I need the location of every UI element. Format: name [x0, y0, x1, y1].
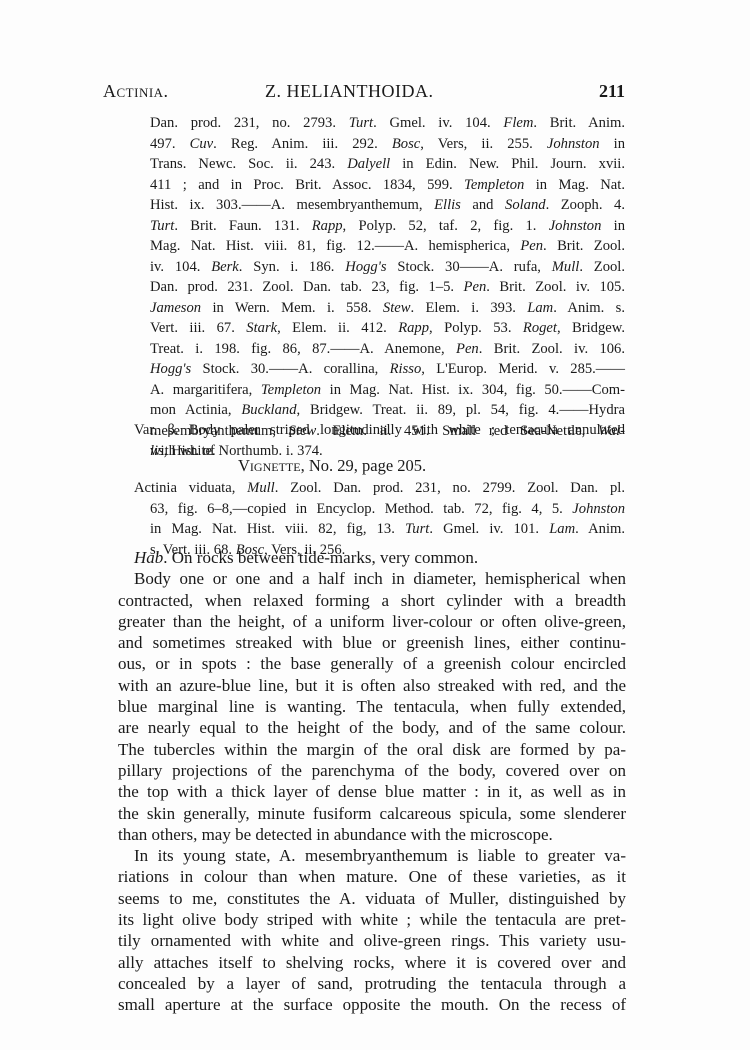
body-text-line: concealed by a layer of sand, protruding…	[118, 973, 626, 994]
italic-citation: Hogg's	[345, 259, 386, 275]
synonymy-line: Trans. Newc. Soc. ii. 243. Dalyell in Ed…	[150, 154, 625, 175]
body-text-line: Hab. On rocks between tide-marks, very c…	[118, 547, 626, 568]
synonymy-line: Treat. i. 198. fig. 86, 87.——A. Anemone,…	[150, 339, 625, 360]
body-text-line: Body one or one and a half inch in diame…	[118, 568, 626, 589]
italic-citation: Berk	[211, 259, 239, 275]
italic-citation: Turt	[349, 115, 373, 131]
synonymy-references: Dan. prod. 231, no. 2793. Turt. Gmel. iv…	[150, 113, 625, 462]
italic-citation: Turt	[150, 218, 174, 234]
body-text-line: In its young state, A. mesembryanthemum …	[118, 845, 626, 866]
body-text-line: its light olive body striped with white …	[118, 909, 626, 930]
body-text-line: greater than the height, of a uniform li…	[118, 611, 626, 632]
italic-citation: Stew	[383, 300, 411, 316]
synonymy-line: Mag. Nat. Hist. viii. 81, fig. 12.——A. h…	[150, 236, 625, 257]
vignette-heading: Vignette, No. 29, page 205.	[238, 455, 426, 477]
italic-citation: Mull	[247, 480, 275, 496]
synonymy-line: Jameson in Wern. Mem. i. 558. Stew. Elem…	[150, 298, 625, 319]
italic-citation: Mull	[552, 259, 580, 275]
body-text-line: the skin generally, minute fusiform calc…	[118, 803, 626, 824]
italic-citation: Ellis	[434, 197, 461, 213]
body-description: Hab. On rocks between tide-marks, very c…	[118, 547, 626, 1016]
vignette-reference-line: 63, fig. 6–8,—copied in Encyclop. Method…	[134, 499, 625, 520]
italic-citation: Roget	[523, 320, 557, 336]
italic-citation: Pen	[520, 238, 543, 254]
italic-citation: Johnston	[572, 501, 625, 517]
italic-citation: Jameson	[150, 300, 201, 316]
synonymy-line: Hist. ix. 303.——A. mesembryanthemum, Ell…	[150, 195, 625, 216]
body-text-line: small aperture at the surface opposite t…	[118, 994, 626, 1015]
italic-citation: Lam	[527, 300, 553, 316]
synonymy-line: 411 ; and in Proc. Brit. Assoc. 1834, 59…	[150, 175, 625, 196]
italic-citation: Dalyell	[347, 156, 390, 172]
body-text-line: pillary projections of the parenchyma of…	[118, 760, 626, 781]
body-text-line: and sometimes streaked with blue or gree…	[118, 632, 626, 653]
italic-citation: Flem	[503, 115, 533, 131]
running-head-section-title: Z. HELIANTHOIDA.	[265, 78, 433, 104]
synonymy-line: Hogg's Stock. 30.——A. corallina, Risso, …	[150, 359, 625, 380]
synonymy-line: Dan. prod. 231, no. 2793. Turt. Gmel. iv…	[150, 113, 625, 134]
body-text-line: with an azure-blue line, but it is often…	[118, 675, 626, 696]
italic-citation: Bosc	[392, 136, 420, 152]
synonymy-line: Turt. Brit. Faun. 131. Rapp, Polyp. 52, …	[150, 216, 625, 237]
body-text-line: contracted, when relaxed forming a short…	[118, 590, 626, 611]
variety-line-1: Var. β. Body paler striped longitudinall…	[134, 420, 625, 441]
italic-citation: Hab	[134, 548, 163, 567]
synonymy-line: A. margaritifera, Templeton in Mag. Nat.…	[150, 380, 625, 401]
vignette-reference: , No. 29, page 205.	[301, 456, 427, 475]
body-text-line: The tubercles within the margin of the o…	[118, 739, 626, 760]
italic-citation: Stark	[246, 320, 277, 336]
running-head: Actinia. Z. HELIANTHOIDA. 211	[103, 78, 623, 104]
book-page: Actinia. Z. HELIANTHOIDA. 211 Dan. prod.…	[0, 0, 750, 1050]
synonymy-line: mon Actinia, Buckland, Bridgew. Treat. i…	[150, 400, 625, 421]
italic-citation: Rapp	[312, 218, 343, 234]
vignette-reference-line: Actinia viduata, Mull. Zool. Dan. prod. …	[134, 478, 625, 499]
body-text-line: riations in colour than when mature. One…	[118, 866, 626, 887]
body-text-line: blue marginal line is wanting. The tenta…	[118, 696, 626, 717]
italic-citation: Buckland	[241, 402, 296, 418]
synonymy-line: Vert. iii. 67. Stark, Elem. ii. 412. Rap…	[150, 318, 625, 339]
italic-citation: Hogg's	[150, 361, 191, 377]
italic-citation: Rapp	[398, 320, 429, 336]
body-text-line: ous, or in spots : the base generally of…	[118, 653, 626, 674]
synonymy-line: iv. 104. Berk. Syn. i. 186. Hogg's Stock…	[150, 257, 625, 278]
body-text-line: tily ornamented with white and olive-gre…	[118, 930, 626, 951]
italic-citation: Cuv	[190, 136, 214, 152]
page-number: 211	[599, 78, 625, 104]
body-text-line: ally attaches itself to shelving rocks, …	[118, 952, 626, 973]
body-text-line: the top with a thick layer of dense blue…	[118, 781, 626, 802]
italic-citation: Soland	[505, 197, 546, 213]
italic-citation: Lam	[549, 521, 575, 537]
body-text-line: than others, may be detected in abundanc…	[118, 824, 626, 845]
italic-citation: Templeton	[261, 382, 321, 398]
running-head-genus: Actinia.	[103, 78, 169, 104]
italic-citation: Johnston	[549, 218, 602, 234]
italic-citation: Johnston	[547, 136, 600, 152]
vignette-reference-line: in Mag. Nat. Hist. viii. 82, fig, 13. Tu…	[134, 519, 625, 540]
italic-citation: Pen	[456, 341, 479, 357]
italic-citation: Turt	[405, 521, 429, 537]
italic-citation: Risso	[390, 361, 422, 377]
synonymy-line: 497. Cuv. Reg. Anim. iii. 292. Bosc, Ver…	[150, 134, 625, 155]
italic-citation: Templeton	[464, 177, 524, 193]
italic-citation: Pen	[464, 279, 487, 295]
synonymy-line: Dan. prod. 231. Zool. Dan. tab. 23, fig.…	[150, 277, 625, 298]
body-text-line: seems to me, constitutes the A. viduata …	[118, 888, 626, 909]
body-text-line: are nearly equal to the height of the bo…	[118, 717, 626, 738]
vignette-label: Vignette	[238, 456, 301, 475]
